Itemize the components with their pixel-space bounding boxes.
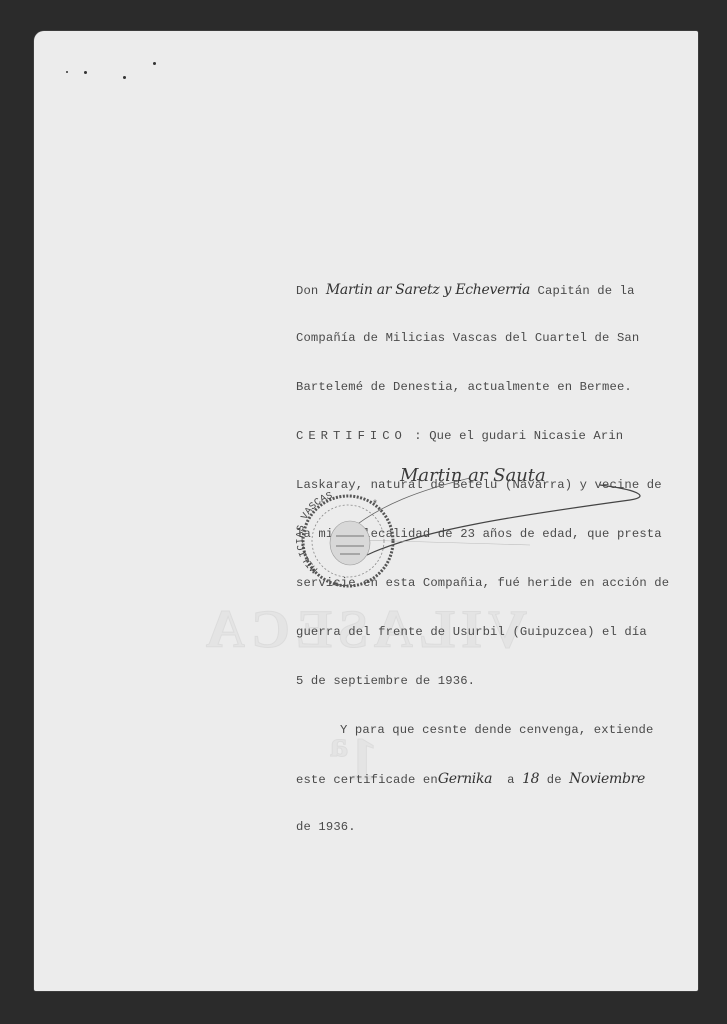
star-icon: *: [372, 499, 378, 511]
stamp-text: MILICIAS VASCAS: [296, 491, 334, 574]
milicias-vascas-stamp: MILICIAS VASCAS * *: [296, 491, 408, 591]
signature: Martin ar Sauta: [400, 465, 546, 486]
star-icon: *: [333, 581, 339, 591]
svg-text:MILICIAS VASCAS: MILICIAS VASCAS: [296, 491, 334, 574]
